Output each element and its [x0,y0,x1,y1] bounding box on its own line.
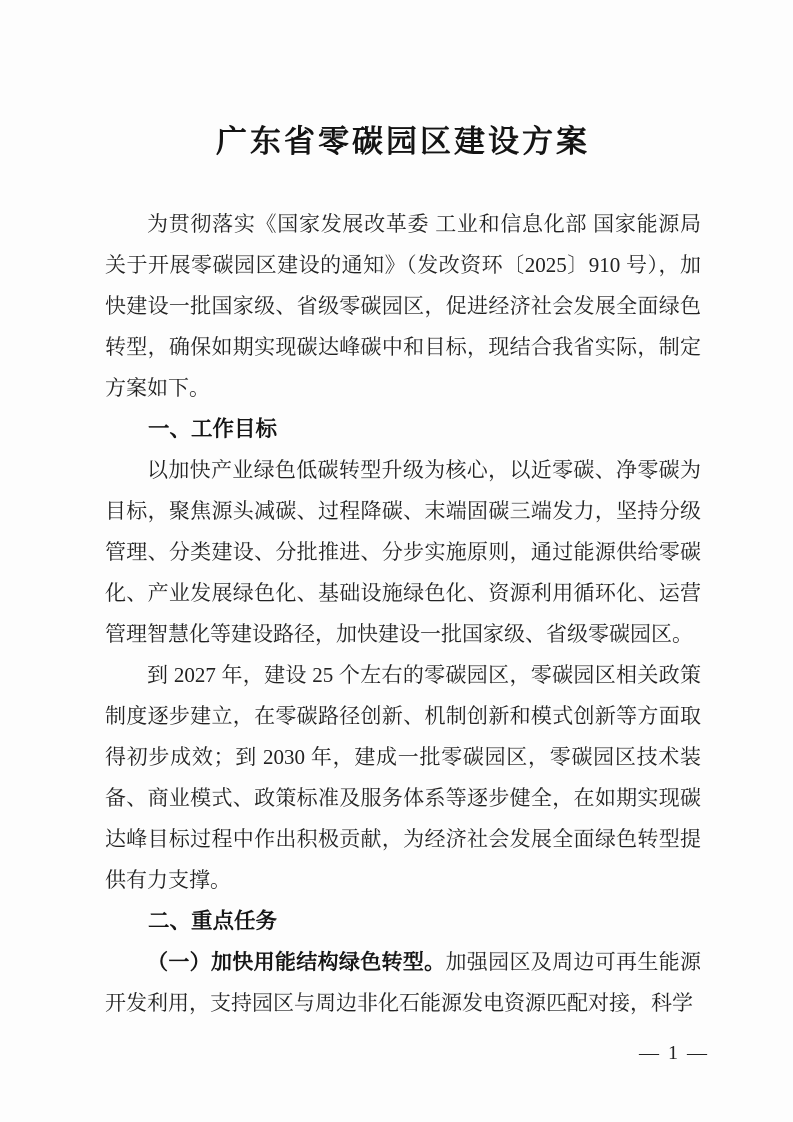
section-heading-work-goals: 一、工作目标 [105,409,701,450]
key-task-1-lead: （一）加快用能结构绿色转型。 [147,950,445,974]
document-content: 广东省零碳园区建设方案 为贯彻落实《国家发展改革委 工业和信息化部 国家能源局关… [105,124,701,1024]
document-page: 广东省零碳园区建设方案 为贯彻落实《国家发展改革委 工业和信息化部 国家能源局关… [0,0,793,1122]
key-task-1-paragraph: （一）加快用能结构绿色转型。加强园区及周边可再生能源开发利用，支持园区与周边非化… [105,942,701,1024]
document-title: 广东省零碳园区建设方案 [105,124,701,160]
work-goals-paragraph-2: 到 2027 年，建设 25 个左右的零碳园区，零碳园区相关政策制度逐步建立，在… [105,655,701,901]
intro-paragraph: 为贯彻落实《国家发展改革委 工业和信息化部 国家能源局关于开展零碳园区建设的通知… [105,204,701,409]
section-heading-key-tasks: 二、重点任务 [105,901,701,942]
page-number: — 1 — [639,1042,709,1064]
work-goals-paragraph-1: 以加快产业绿色低碳转型升级为核心，以近零碳、净零碳为目标，聚焦源头减碳、过程降碳… [105,450,701,655]
